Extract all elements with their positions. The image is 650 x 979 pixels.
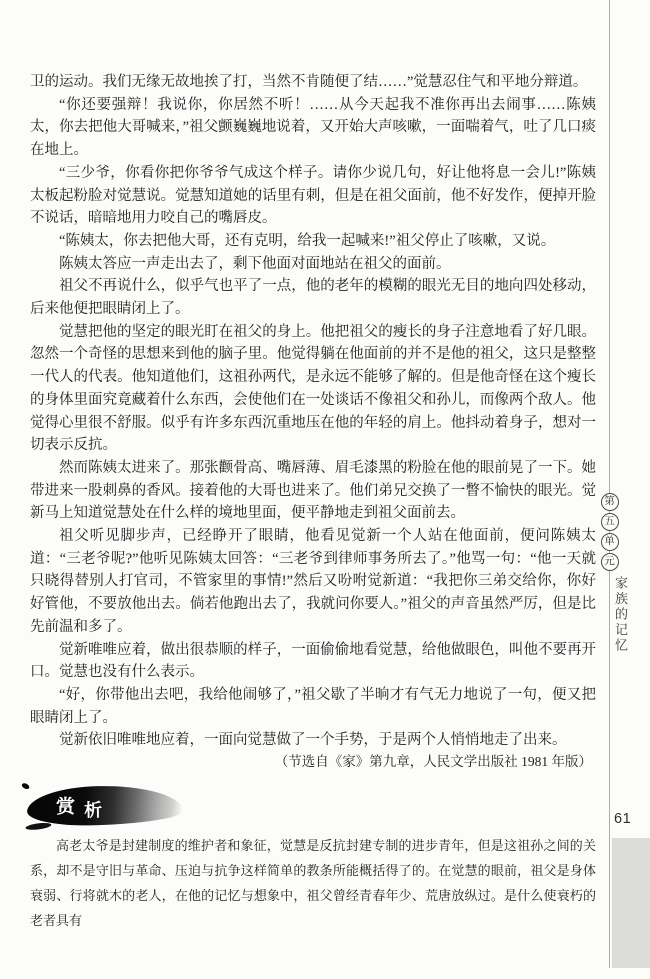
unit-badge: 第五单元 <box>600 493 619 571</box>
paragraph: “陈姨太，你去把他大哥，还有克明，给我一起喊来!”祖父停止了咳嗽，又说。 <box>30 230 596 253</box>
paragraph: 卫的运动。我们无缘无故地挨了打，当然不肯随便了结……”觉慧忍住气和平地分辩道。 <box>30 71 596 94</box>
unit-title: 家族的记忆 <box>611 576 630 654</box>
paragraph: 祖父听见脚步声，已经睁开了眼睛，他看见觉新一个人站在他面前，便问陈姨太道：“三老… <box>30 525 596 639</box>
analysis-header-char-1: 赏 <box>56 792 76 819</box>
page-number: 61 <box>614 811 644 827</box>
paragraph: “好，你带他出去吧，我给他闹够了，”祖父歇了半晌才有气无力地说了一句，便又把眼睛… <box>30 684 596 729</box>
excerpt-attribution: （节选自《家》第九章，人民文学出版社 1981 年版） <box>30 751 592 773</box>
paragraph: 觉慧把他的坚定的眼光盯在祖父的身上。他把祖父的瘦长的身子注意地看了好几眼。忽然一… <box>30 321 596 457</box>
page-edge-tab <box>612 838 650 968</box>
analysis-header-char-2: 析 <box>84 796 103 822</box>
paragraph: 然而陈姨太进来了。那张颧骨高、嘴唇薄、眉毛漆黑的粉脸在他的眼前晃了一下。她带进来… <box>30 457 596 525</box>
sidebar-divider-line <box>609 0 610 968</box>
paragraph: 祖父不再说什么，似乎气也平了一点，他的老年的模糊的眼光无目的地向四处移动，后来他… <box>30 275 596 320</box>
unit-label-character-circle: 元 <box>601 553 619 571</box>
unit-label-character-circle: 第 <box>601 493 619 511</box>
paragraph: 陈姨太答应一声走出去了，剩下他面对面地站在祖父的面前。 <box>30 253 596 276</box>
unit-label-character-circle: 单 <box>601 533 619 551</box>
paragraph: 高老太爷是封建制度的维护者和象征，觉慧是反抗封建专制的进步青年，但是这祖孙之间的… <box>30 833 596 933</box>
textbook-page: 卫的运动。我们无缘无故地挨了打，当然不肯随便了结……”觉慧忍住气和平地分辩道。“… <box>0 0 650 979</box>
excerpt-text-block: 卫的运动。我们无缘无故地挨了打，当然不肯随便了结……”觉慧忍住气和平地分辩道。“… <box>30 71 596 752</box>
unit-label-character-circle: 五 <box>601 513 619 531</box>
paragraph: 觉新依旧唯唯地应着，一面向觉慧做了一个手势，于是两个人悄悄地走了出来。 <box>30 729 596 752</box>
analysis-section-header: 赏 析 <box>27 784 184 826</box>
paragraph: 觉新唯唯应着，做出很恭顺的样子，一面偷偷地看觉慧，给他做眼色，叫他不要再开口。觉… <box>30 639 596 684</box>
paragraph: “三少爷，你看你把你爷爷气成这个样子。请你少说几句，好让他将息一会儿!”陈姨太板… <box>30 162 596 230</box>
paragraph: “你还要强辩！我说你，你居然不听！……从今天起我不准你再出去闹事……陈姨太，你去… <box>30 94 596 162</box>
analysis-text-block: 高老太爷是封建制度的维护者和象征，觉慧是反抗封建专制的进步青年，但是这祖孙之间的… <box>30 833 596 933</box>
